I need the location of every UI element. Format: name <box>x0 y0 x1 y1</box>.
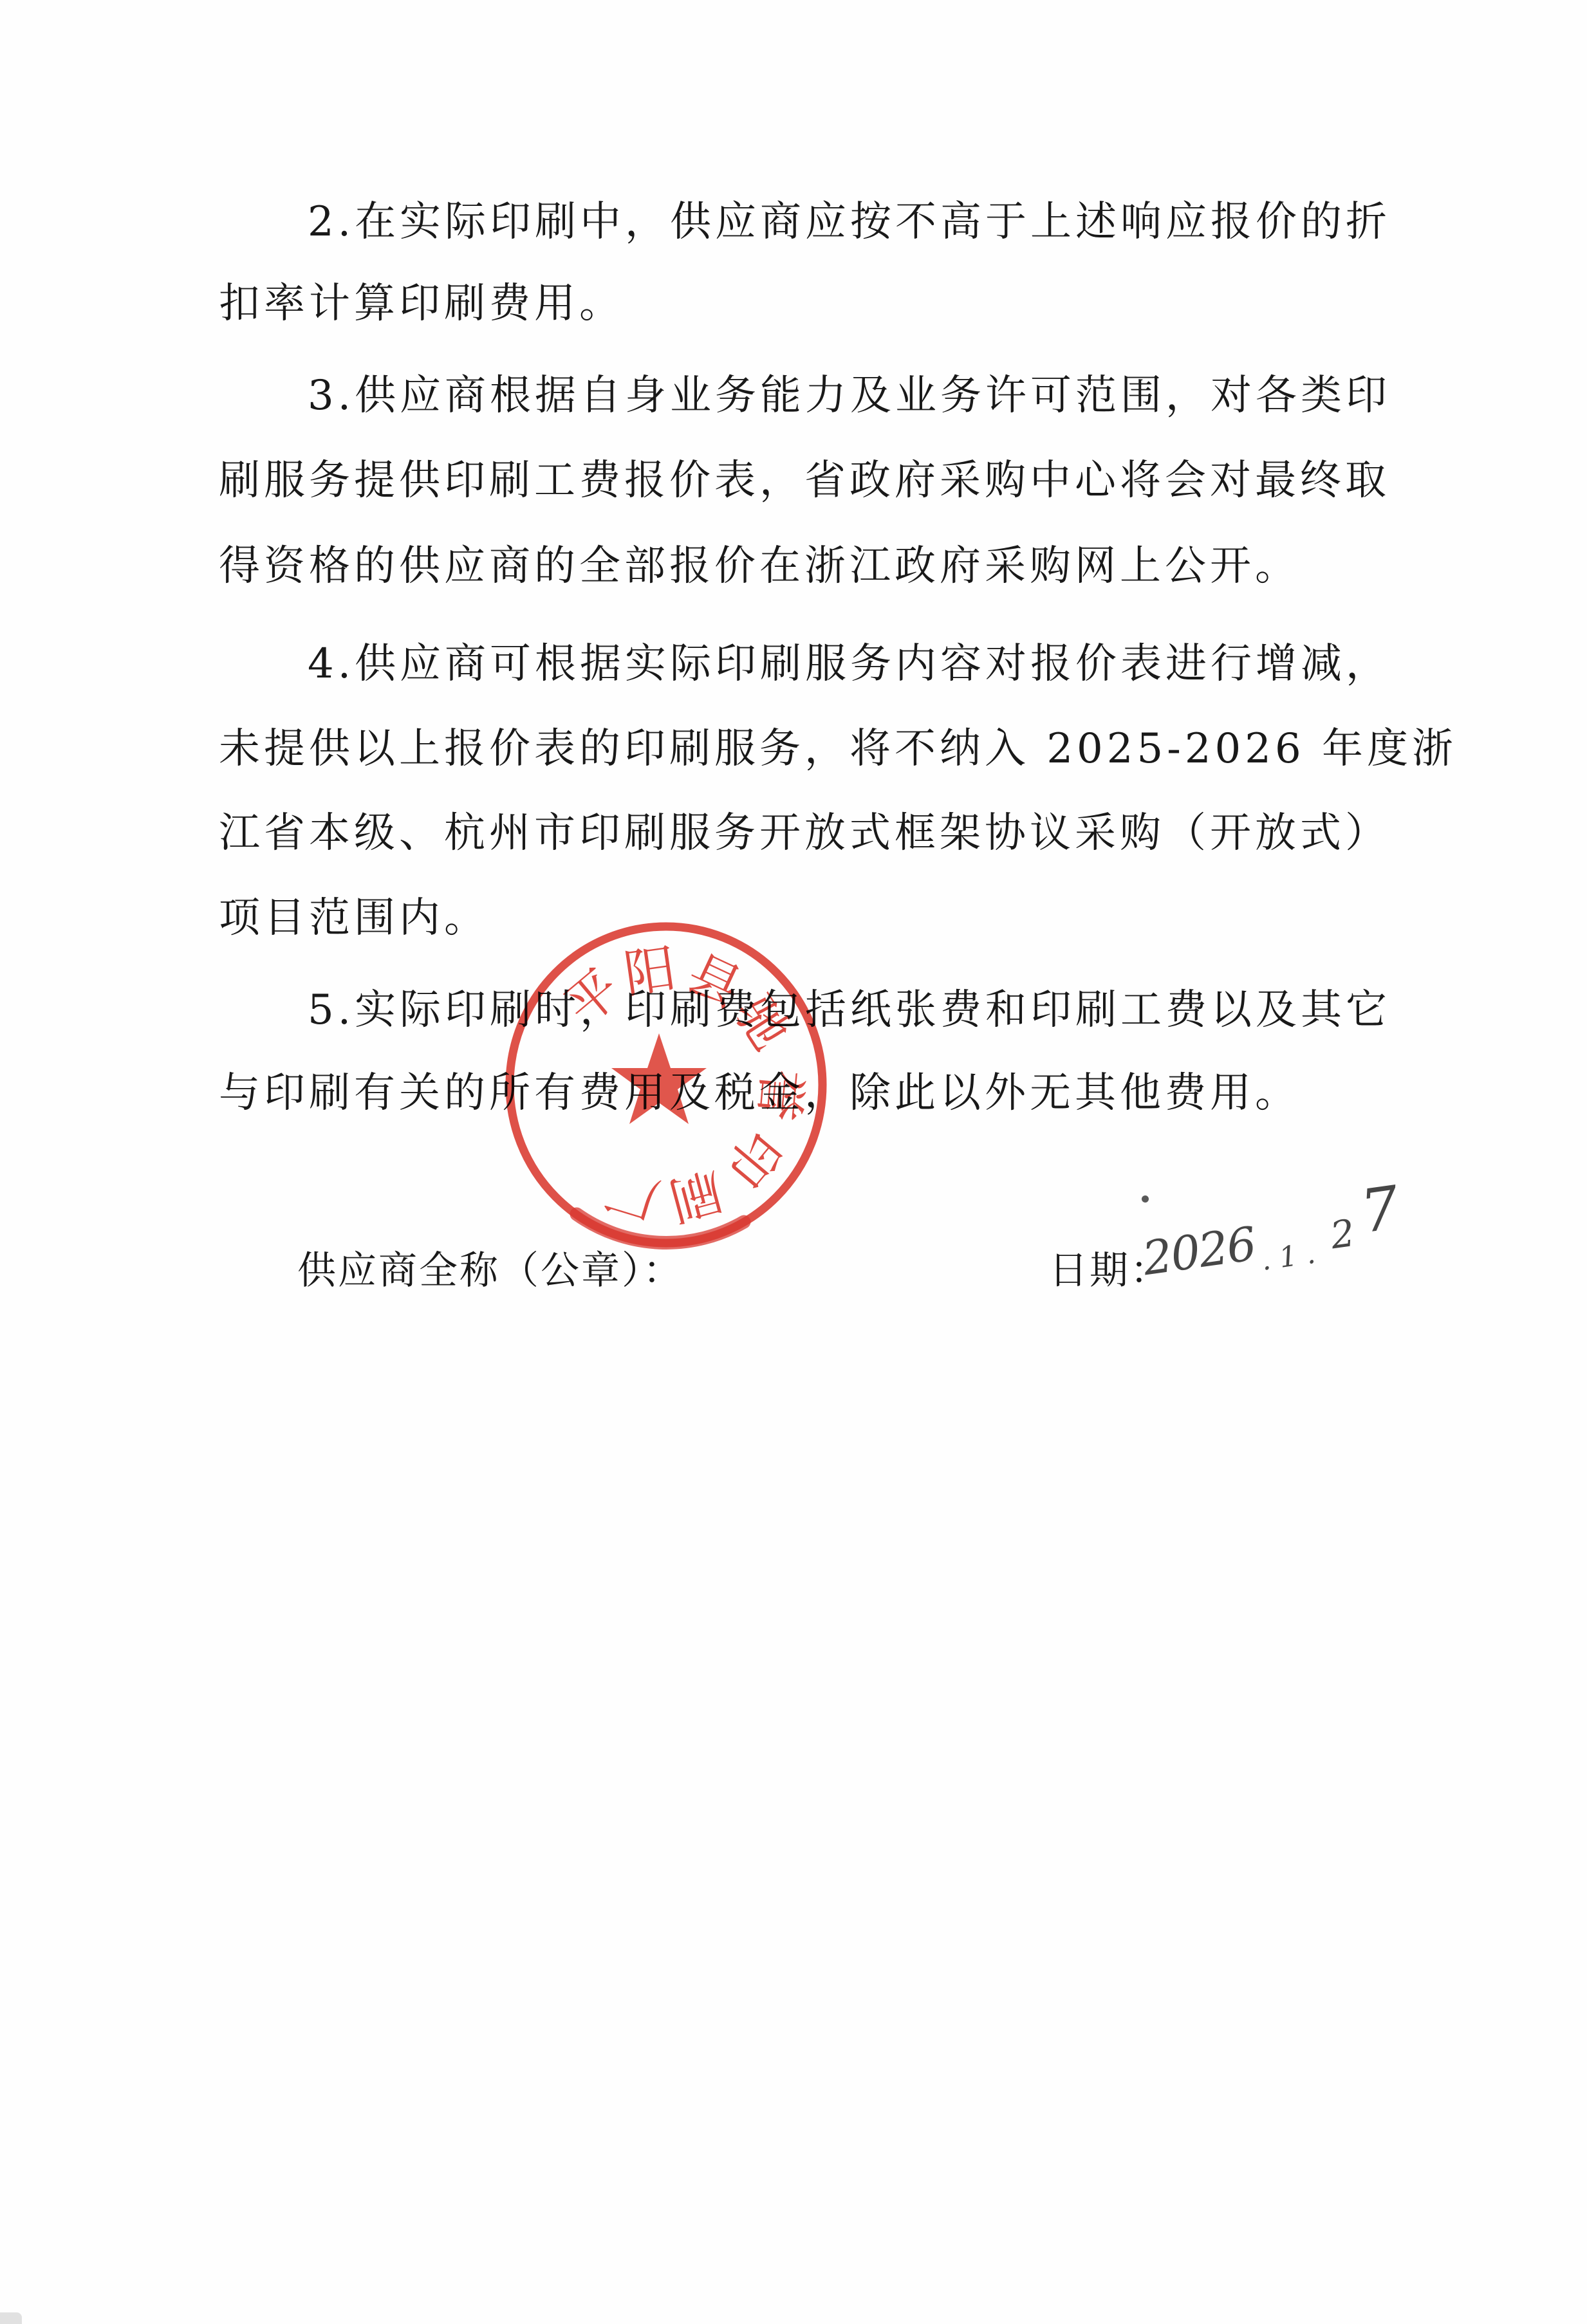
scanned-document-page: 2.在实际印刷中，供应商应按不高于上述响应报价的折 扣率计算印刷费用。 3.供应… <box>0 0 1587 2324</box>
body-line: 得资格的供应商的全部报价在浙江政府采购网上公开。 <box>219 546 1300 587</box>
body-line: 刷服务提供印刷工费报价表，省政府采购中心将会对最终取 <box>219 460 1390 501</box>
seal-ring-char: 刷 <box>663 1160 728 1231</box>
body-line: 4.供应商可根据实际印刷服务内容对报价表进行增减， <box>308 643 1391 685</box>
seal-ring-char: 厂 <box>599 1158 666 1230</box>
seal-ring-char: 平 <box>553 958 631 1037</box>
seal-star-icon <box>611 1033 707 1124</box>
body-line: 扣率计算印刷费用。 <box>219 283 624 324</box>
handwritten-month: .1. <box>1259 1236 1326 1277</box>
scan-corner-artifact <box>0 2312 22 2324</box>
handwritten-day-first-digit: 2 <box>1327 1211 1357 1258</box>
body-line: 2.在实际印刷中，供应商应按不高于上述响应报价的折 <box>308 201 1391 243</box>
seal-ring-char: 阳 <box>620 938 680 1004</box>
handwritten-date: 2026 .1. 2 7 <box>1142 1184 1445 1293</box>
body-line: 项目范围内。 <box>219 898 489 939</box>
handwritten-day-second-digit: 7 <box>1357 1173 1404 1246</box>
company-seal-stamp: 平 阳 县 驰 誉 印 刷 厂 <box>489 901 849 1287</box>
seal-ring-char: 印 <box>714 1119 794 1197</box>
body-line: 3.供应商根据自身业务能力及业务许可范围，对各类印 <box>308 375 1391 416</box>
seal-ring-char: 誉 <box>748 1067 812 1123</box>
handwritten-year: 2026 <box>1138 1217 1258 1286</box>
body-line: 未提供以上报价表的印刷服务，将不纳入 2025-2026 年度浙 <box>219 728 1457 770</box>
body-line: 江省本级、杭州市印刷服务开放式框架协议采购（开放式） <box>219 813 1390 854</box>
stray-ink-dot <box>1142 1195 1149 1203</box>
